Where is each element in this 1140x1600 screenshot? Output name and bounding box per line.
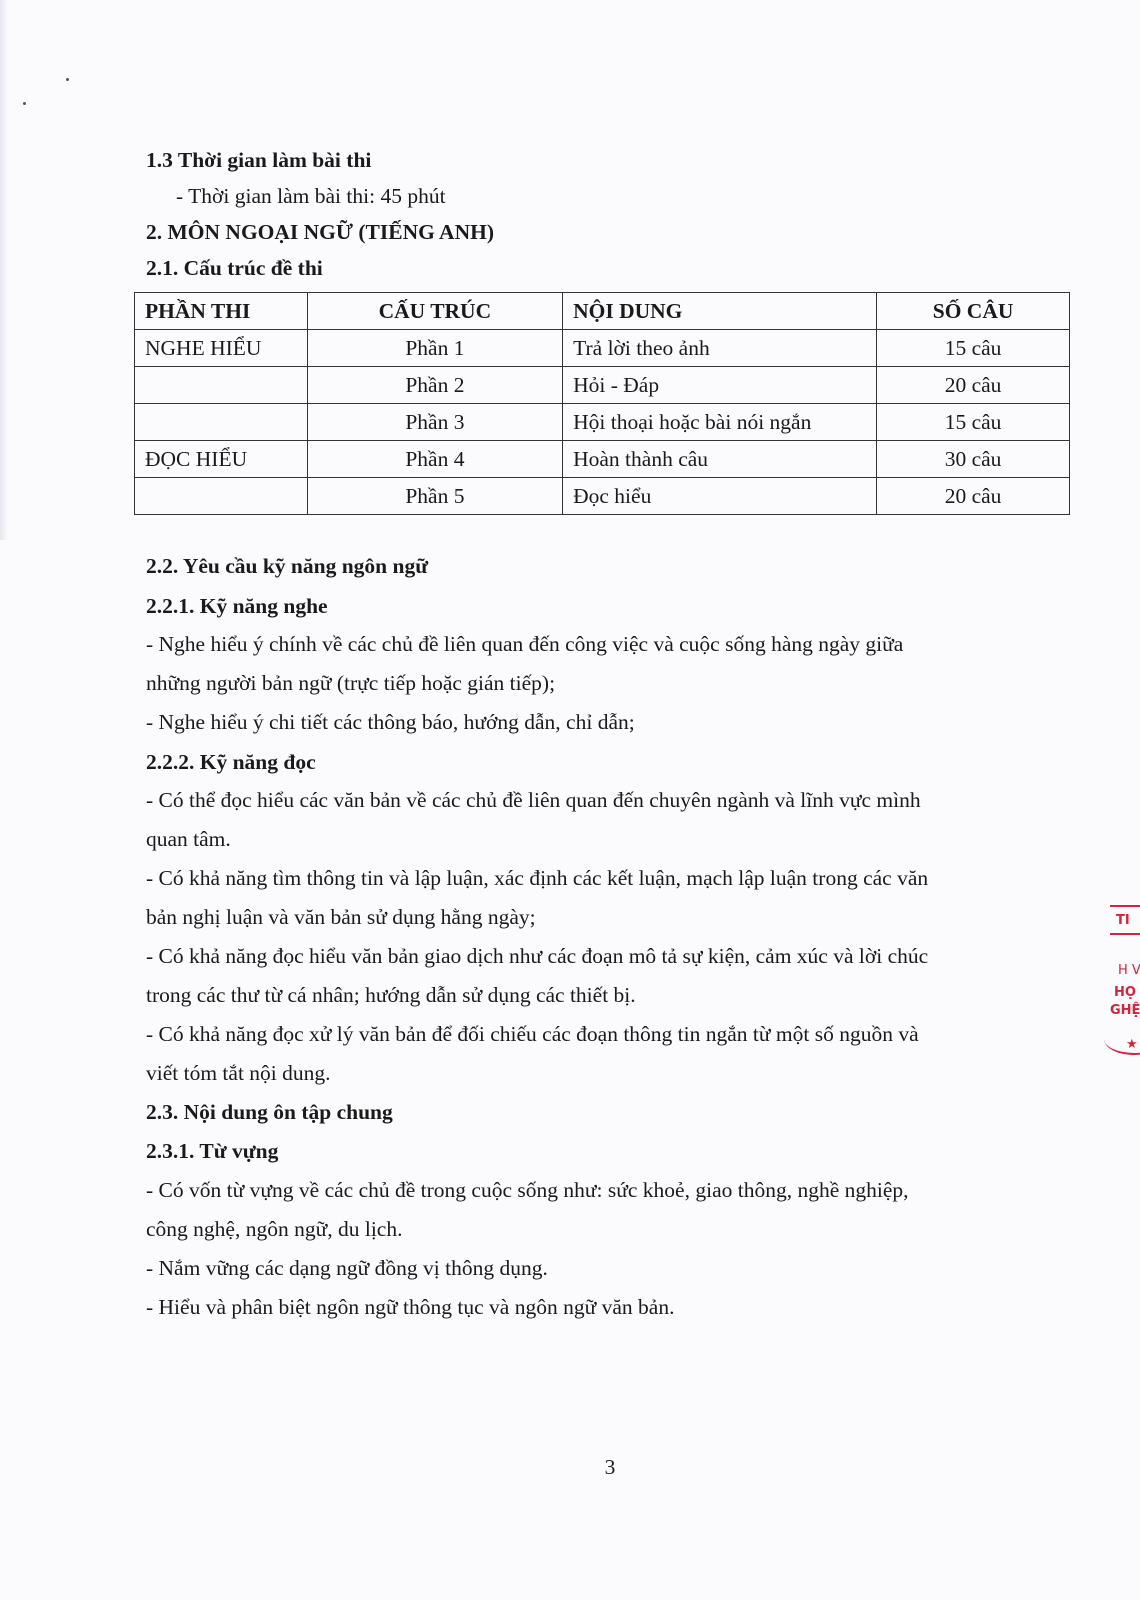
table-cell: Phần 3 bbox=[307, 404, 562, 441]
reading-line: - Có khả năng tìm thông tin và lập luận,… bbox=[146, 868, 928, 890]
table-cell: NGHE HIỂU bbox=[135, 330, 308, 367]
stamp-line bbox=[1110, 933, 1140, 935]
reading-line: - Có khả năng đọc xử lý văn bản để đối c… bbox=[146, 1024, 919, 1046]
scan-speck bbox=[66, 78, 69, 81]
table-cell: Phần 4 bbox=[307, 441, 562, 478]
table-cell: Phần 2 bbox=[307, 367, 562, 404]
column-header: PHẦN THI bbox=[135, 293, 308, 330]
section-2-1-heading: 2.1. Cấu trúc đề thi bbox=[146, 258, 323, 280]
stamp-line bbox=[1110, 905, 1140, 907]
table-row: NGHE HIỂU Phần 1 Trả lời theo ảnh 15 câu bbox=[135, 330, 1070, 367]
star-icon: ★ bbox=[1126, 1037, 1138, 1052]
section-1-3-heading: 1.3 Thời gian làm bài thi bbox=[146, 150, 371, 172]
table-cell: 15 câu bbox=[877, 404, 1070, 441]
table-row: Phần 3 Hội thoại hoặc bài nói ngắn 15 câ… bbox=[135, 404, 1070, 441]
table-cell bbox=[135, 367, 308, 404]
table-row: Phần 5 Đọc hiểu 20 câu bbox=[135, 478, 1070, 515]
table-cell: Hoàn thành câu bbox=[563, 441, 877, 478]
stamp-text: H V bbox=[1118, 963, 1140, 978]
table-cell: Phần 1 bbox=[307, 330, 562, 367]
vocabulary-heading: 2.3.1. Từ vựng bbox=[146, 1141, 278, 1163]
reading-line: trong các thư từ cá nhân; hướng dẫn sử d… bbox=[146, 985, 636, 1007]
table-cell: 30 câu bbox=[877, 441, 1070, 478]
red-seal-stamp: TI H V HỌ GHỆ ★ bbox=[1098, 905, 1140, 1085]
vocabulary-line: - Nắm vững các dạng ngữ đồng vị thông dụ… bbox=[146, 1258, 548, 1280]
reading-line: - Có khả năng đọc hiểu văn bản giao dịch… bbox=[146, 946, 928, 968]
scan-edge-shadow bbox=[0, 0, 8, 540]
section-2-heading: 2. MÔN NGOẠI NGỮ (TIẾNG ANH) bbox=[146, 222, 494, 244]
reading-line: quan tâm. bbox=[146, 829, 231, 851]
table-header-row: PHẦN THI CẤU TRÚC NỘI DUNG SỐ CÂU bbox=[135, 293, 1070, 330]
exam-duration-item: - Thời gian làm bài thi: 45 phút bbox=[176, 186, 446, 208]
column-header: NỘI DUNG bbox=[563, 293, 877, 330]
table-row: Phần 2 Hỏi - Đáp 20 câu bbox=[135, 367, 1070, 404]
listening-line: những người bản ngữ (trực tiếp hoặc gián… bbox=[146, 673, 555, 695]
table-cell: Trả lời theo ảnh bbox=[563, 330, 877, 367]
table-cell: 15 câu bbox=[877, 330, 1070, 367]
reading-line: viết tóm tắt nội dung. bbox=[146, 1063, 331, 1085]
exam-structure-table: PHẦN THI CẤU TRÚC NỘI DUNG SỐ CÂU NGHE H… bbox=[134, 292, 1070, 515]
stamp-text: GHỆ bbox=[1110, 1003, 1140, 1018]
table-cell: Đọc hiểu bbox=[563, 478, 877, 515]
stamp-text: TI bbox=[1116, 913, 1130, 928]
page-number: 3 bbox=[0, 1455, 1140, 1480]
listening-line: - Nghe hiểu ý chính về các chủ đề liên q… bbox=[146, 634, 903, 656]
listening-heading: 2.2.1. Kỹ năng nghe bbox=[146, 596, 328, 618]
column-header: SỐ CÂU bbox=[877, 293, 1070, 330]
table-cell: 20 câu bbox=[877, 478, 1070, 515]
section-2-3-heading: 2.3. Nội dung ôn tập chung bbox=[146, 1102, 393, 1124]
reading-line: bản nghị luận và văn bản sử dụng hằng ng… bbox=[146, 907, 536, 929]
column-header: CẤU TRÚC bbox=[307, 293, 562, 330]
vocabulary-line: công nghệ, ngôn ngữ, du lịch. bbox=[146, 1219, 402, 1241]
scan-speck bbox=[23, 102, 26, 105]
listening-line: - Nghe hiểu ý chi tiết các thông báo, hư… bbox=[146, 712, 635, 734]
table-row: ĐỌC HIỂU Phần 4 Hoàn thành câu 30 câu bbox=[135, 441, 1070, 478]
vocabulary-line: - Có vốn từ vựng về các chủ đề trong cuộ… bbox=[146, 1180, 909, 1202]
table-cell: Hội thoại hoặc bài nói ngắn bbox=[563, 404, 877, 441]
table-cell bbox=[135, 478, 308, 515]
section-2-2-heading: 2.2. Yêu cầu kỹ năng ngôn ngữ bbox=[146, 556, 428, 578]
reading-heading: 2.2.2. Kỹ năng đọc bbox=[146, 752, 316, 774]
table-cell: Hỏi - Đáp bbox=[563, 367, 877, 404]
table-cell: ĐỌC HIỂU bbox=[135, 441, 308, 478]
vocabulary-line: - Hiểu và phân biệt ngôn ngữ thông tục v… bbox=[146, 1297, 674, 1319]
table-cell: 20 câu bbox=[877, 367, 1070, 404]
table-cell bbox=[135, 404, 308, 441]
reading-line: - Có thể đọc hiểu các văn bản về các chủ… bbox=[146, 790, 921, 812]
document-page: 1.3 Thời gian làm bài thi - Thời gian là… bbox=[0, 0, 1140, 1600]
stamp-text: HỌ bbox=[1114, 985, 1136, 1000]
table-cell: Phần 5 bbox=[307, 478, 562, 515]
